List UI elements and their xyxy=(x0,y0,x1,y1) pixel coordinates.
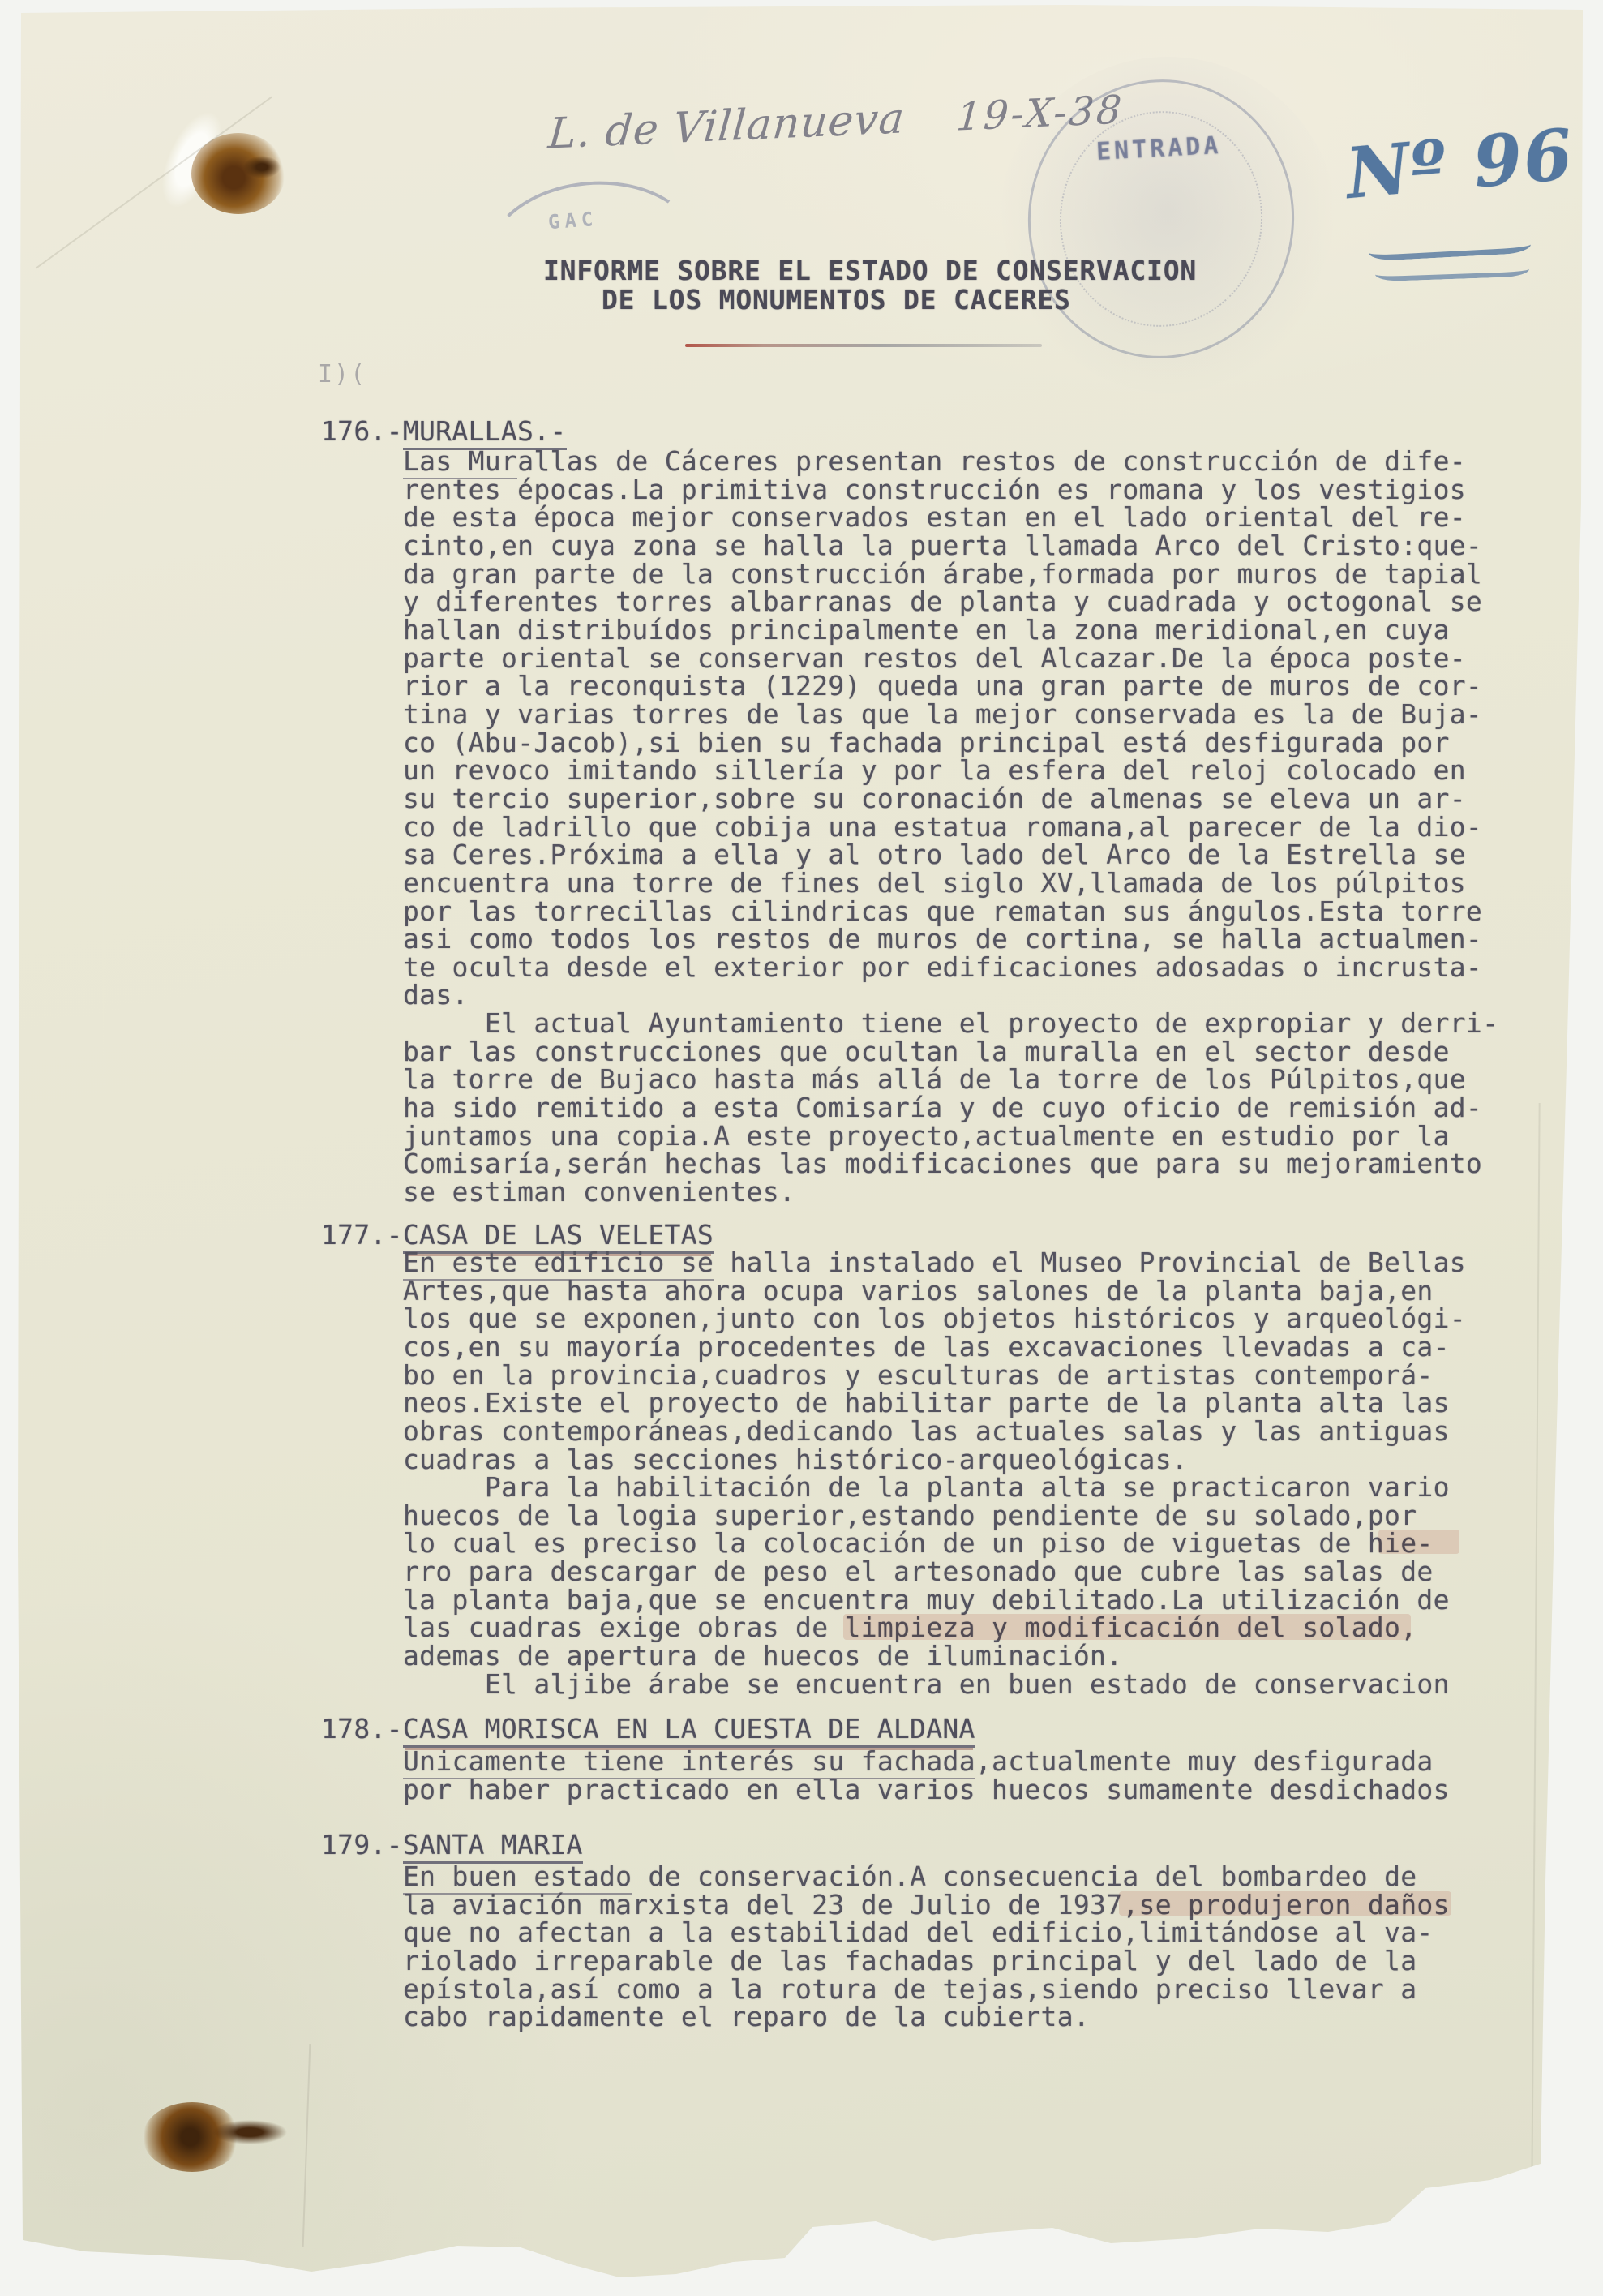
red-ink-tint xyxy=(1119,1891,1451,1916)
text-line: se estiman convenientes. xyxy=(403,1178,1498,1207)
paragraph-176-1: Las Murallas de Cáceres presentan restos… xyxy=(403,448,1482,1010)
text-line: lo cual es preciso la colocación de un p… xyxy=(403,1530,1450,1558)
paragraph-177-1: En este edificio se halla instalado el M… xyxy=(403,1249,1466,1474)
text-line: Artes,que hasta ahora ocupa varios salon… xyxy=(403,1277,1466,1306)
text-line: bar las construcciones que ocultan la mu… xyxy=(403,1038,1498,1066)
text-line: un revoco imitando sillería y por la esf… xyxy=(403,757,1482,785)
text-line: riolado irreparable de las fachadas prin… xyxy=(403,1947,1450,1976)
section-number: 179.- xyxy=(321,1829,403,1860)
page-number-underline xyxy=(1369,236,1532,261)
red-ink-tint xyxy=(843,1614,1411,1640)
text-line: la planta baja,que se encuentra muy debi… xyxy=(403,1586,1450,1615)
text-line: rro para descargar de peso el artesonado… xyxy=(403,1558,1450,1586)
section-heading-178: 178.-CASA MORISCA EN LA CUESTA DE ALDANA xyxy=(321,1713,975,1745)
section-number: 176.- xyxy=(321,415,403,447)
document-title-line2: DE LOS MONUMENTOS DE CACERES xyxy=(602,284,1071,315)
text-line: su tercio superior,sobre su coronación d… xyxy=(403,785,1482,813)
line-text: allas de Cáceres presentan restos de con… xyxy=(517,445,1466,477)
document-page: L. de Villanueva19-X-38 ENTRADA GAC Nº 9… xyxy=(0,0,1603,2296)
section-heading-179: 179.-SANTA MARIA xyxy=(321,1829,583,1860)
rust-stain-top-core xyxy=(243,156,281,178)
text-line: de esta época mejor conservados estan en… xyxy=(403,504,1482,532)
paragraph-178-1: Unicamente tiene interés su fachada,actu… xyxy=(403,1748,1450,1804)
text-line: co de ladrillo que cobija una estatua ro… xyxy=(403,813,1482,842)
paragraph-176-2: El actual Ayuntamiento tiene el proyecto… xyxy=(403,1010,1498,1207)
handwritten-name: L. de Villanueva xyxy=(546,94,907,158)
text-line: El actual Ayuntamiento tiene el proyecto… xyxy=(403,1010,1498,1038)
page-number-underline xyxy=(1375,262,1530,282)
paragraph-177-2: Para la habilitación de la planta alta s… xyxy=(403,1474,1450,1698)
text-line: por las torrecillas cilindricas que rema… xyxy=(403,898,1482,926)
section-title: CASA MORISCA EN LA CUESTA DE ALDANA xyxy=(403,1713,975,1748)
paragraph-lines: por haber practicado en ella varios huec… xyxy=(403,1776,1450,1805)
text-line: los que se exponen,junto con los objetos… xyxy=(403,1305,1466,1333)
paragraph-lines: Artes,que hasta ahora ocupa varios salon… xyxy=(403,1277,1466,1474)
text-line: te oculta desde el exterior por edificac… xyxy=(403,954,1482,982)
line-text: de conservación.A consecuencia del bomba… xyxy=(632,1860,1417,1892)
text-line: epístola,así como a la rotura de tejas,s… xyxy=(403,1976,1450,2004)
text-line: hallan distribuídos principalmente en la… xyxy=(403,616,1482,645)
line-text: ,actualmente muy desfigurada xyxy=(975,1745,1434,1777)
section-number: 178.- xyxy=(321,1713,403,1745)
text-line: por haber practicado en ella varios huec… xyxy=(403,1776,1450,1805)
crease-line-right xyxy=(1531,1103,1540,2190)
red-ink-tint xyxy=(1378,1530,1459,1554)
line-text: halla instalado el Museo Provincial de B… xyxy=(714,1247,1466,1278)
document-title-line1: INFORME SOBRE EL ESTADO DE CONSERVACION xyxy=(543,255,1197,286)
section-title: SANTA MARIA xyxy=(403,1829,583,1864)
crease-line-bottom xyxy=(302,2044,311,2247)
text-line: bo en la provincia,cuadros y esculturas … xyxy=(403,1362,1466,1390)
text-line: El aljibe árabe se encuentra en buen est… xyxy=(403,1671,1450,1699)
text-line: co (Abu-Jacob),si bien su fachada princi… xyxy=(403,729,1482,757)
paragraph-lines: Para la habilitación de la planta alta s… xyxy=(403,1474,1450,1698)
text-line: neos.Existe el proyecto de habilitar par… xyxy=(403,1389,1466,1418)
text-line: la torre de Bujaco hasta más allá de la … xyxy=(403,1066,1498,1094)
text-line: asi como todos los restos de muros de co… xyxy=(403,925,1482,954)
text-line: juntamos una copia.A este proyecto,actua… xyxy=(403,1122,1498,1151)
text-line: y diferentes torres albarranas de planta… xyxy=(403,588,1482,616)
text-line: obras contemporáneas,dedicando las actua… xyxy=(403,1418,1466,1446)
paragraph-first-line: En buen estado de conservación.A consecu… xyxy=(403,1863,1450,1891)
section-number: 177.- xyxy=(321,1219,403,1251)
text-line: da gran parte de la construcción árabe,f… xyxy=(403,560,1482,589)
paragraph-first-line: Las Murallas de Cáceres presentan restos… xyxy=(403,448,1482,476)
text-line: tina y varias torres de las que la mejor… xyxy=(403,701,1482,729)
rust-stain-bottom-core xyxy=(212,2120,287,2144)
paragraph-first-line: En este edificio se halla instalado el M… xyxy=(403,1249,1466,1277)
text-line: cinto,en cuya zona se halla la puerta ll… xyxy=(403,532,1482,560)
text-line: Comisaría,serán hechas las modificacione… xyxy=(403,1150,1498,1178)
text-line: ha sido remitido a esta Comisaría y de c… xyxy=(403,1094,1498,1122)
text-line: cos,en su mayoría procedentes de las exc… xyxy=(403,1333,1466,1362)
text-line: rentes épocas.La primitiva construcción … xyxy=(403,476,1482,504)
text-line: parte oriental se conservan restos del A… xyxy=(403,645,1482,673)
text-line: ademas de apertura de huecos de iluminac… xyxy=(403,1642,1450,1671)
text-line: sa Ceres.Próxima a ella y al otro lado d… xyxy=(403,841,1482,869)
paragraph-lines: El actual Ayuntamiento tiene el proyecto… xyxy=(403,1010,1498,1207)
arc-stamp-text: GAC xyxy=(547,208,598,234)
text-line: que no afectan a la estabilidad del edif… xyxy=(403,1919,1450,1947)
section-heading-176: 176.-MURALLAS.- xyxy=(321,415,567,447)
text-line: rior a la reconquista (1229) queda una g… xyxy=(403,672,1482,701)
text-line: cuadras a las secciones histórico-arqueo… xyxy=(403,1446,1466,1474)
text-line: Para la habilitación de la planta alta s… xyxy=(403,1474,1450,1502)
paragraph-first-line: Unicamente tiene interés su fachada,actu… xyxy=(403,1748,1450,1776)
paragraph-179-1: En buen estado de conservación.A consecu… xyxy=(403,1863,1450,2032)
title-underline-rule xyxy=(685,344,1042,347)
text-line: huecos de la logia superior,estando pend… xyxy=(403,1502,1450,1530)
paragraph-lines: rentes épocas.La primitiva construcción … xyxy=(403,476,1482,1010)
text-line: cabo rapidamente el reparo de la cubiert… xyxy=(403,2003,1450,2032)
text-line: encuentra una torre de fines del siglo X… xyxy=(403,869,1482,898)
page-number-annotation: Nº 96 xyxy=(1343,114,1577,215)
pencil-mark: I)( xyxy=(318,360,366,388)
text-line: das. xyxy=(403,981,1482,1010)
scan-background: L. de Villanueva19-X-38 ENTRADA GAC Nº 9… xyxy=(0,0,1603,2296)
